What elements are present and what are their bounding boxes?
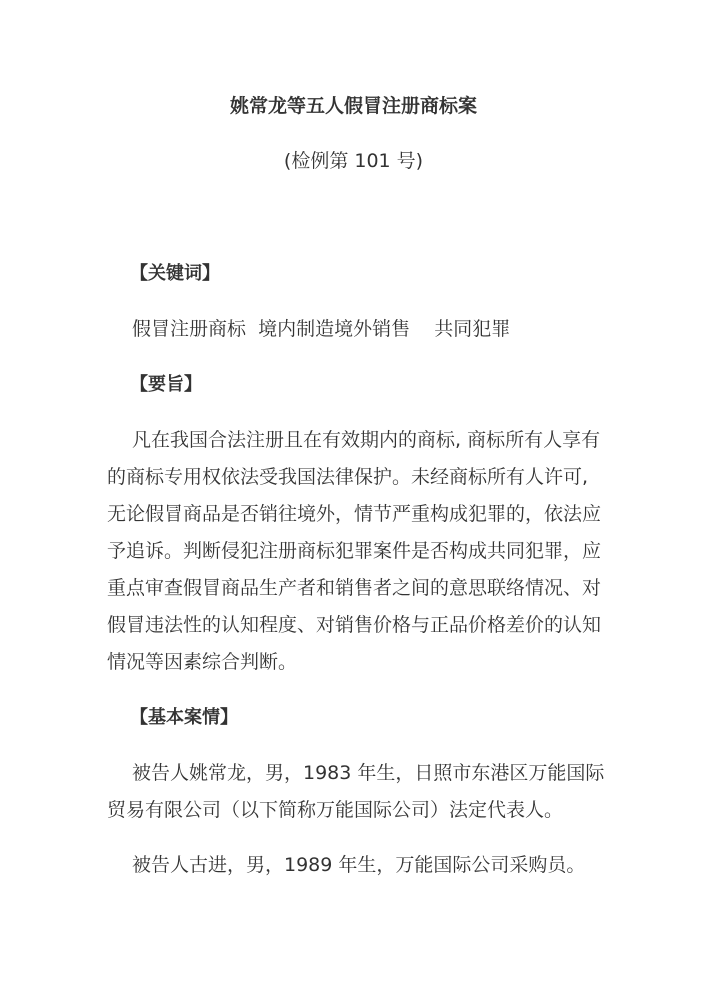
gist-line: 假冒违法性的认知程度、对销售价格与正品价格差价的认知	[107, 612, 601, 638]
gist-line: 凡在我国合法注册且在有效期内的商标, 商标所有人享有	[132, 427, 600, 453]
document-title: 姚常龙等五人假冒注册商标案	[0, 93, 707, 119]
gist-heading: 【要旨】	[130, 372, 202, 398]
facts-heading: 【基本案情】	[130, 705, 238, 731]
gist-line: 情况等因素综合判断。	[107, 649, 297, 675]
gist-line: 重点审查假冒商品生产者和销售者之间的意思联络情况、对	[107, 575, 601, 601]
facts-line: 贸易有限公司（以下简称万能国际公司）法定代表人。	[107, 797, 563, 823]
gist-line: 的商标专用权依法受我国法律保护。未经商标所有人许可,	[107, 464, 588, 490]
facts-line: 被告人古进，男，1989 年生，万能国际公司采购员。	[132, 852, 585, 878]
gist-line: 予追诉。判断侵犯注册商标犯罪案件是否构成共同犯罪，应	[107, 538, 601, 564]
gist-line: 无论假冒商品是否销往境外，情节严重构成犯罪的，依法应	[107, 501, 601, 527]
keywords-heading: 【关键词】	[130, 261, 220, 287]
document-subtitle: (检例第 101 号)	[0, 148, 707, 174]
keywords-text: 假冒注册商标 境内制造境外销售 共同犯罪	[132, 316, 510, 342]
facts-line: 被告人姚常龙，男，1983 年生，日照市东港区万能国际	[132, 760, 604, 786]
